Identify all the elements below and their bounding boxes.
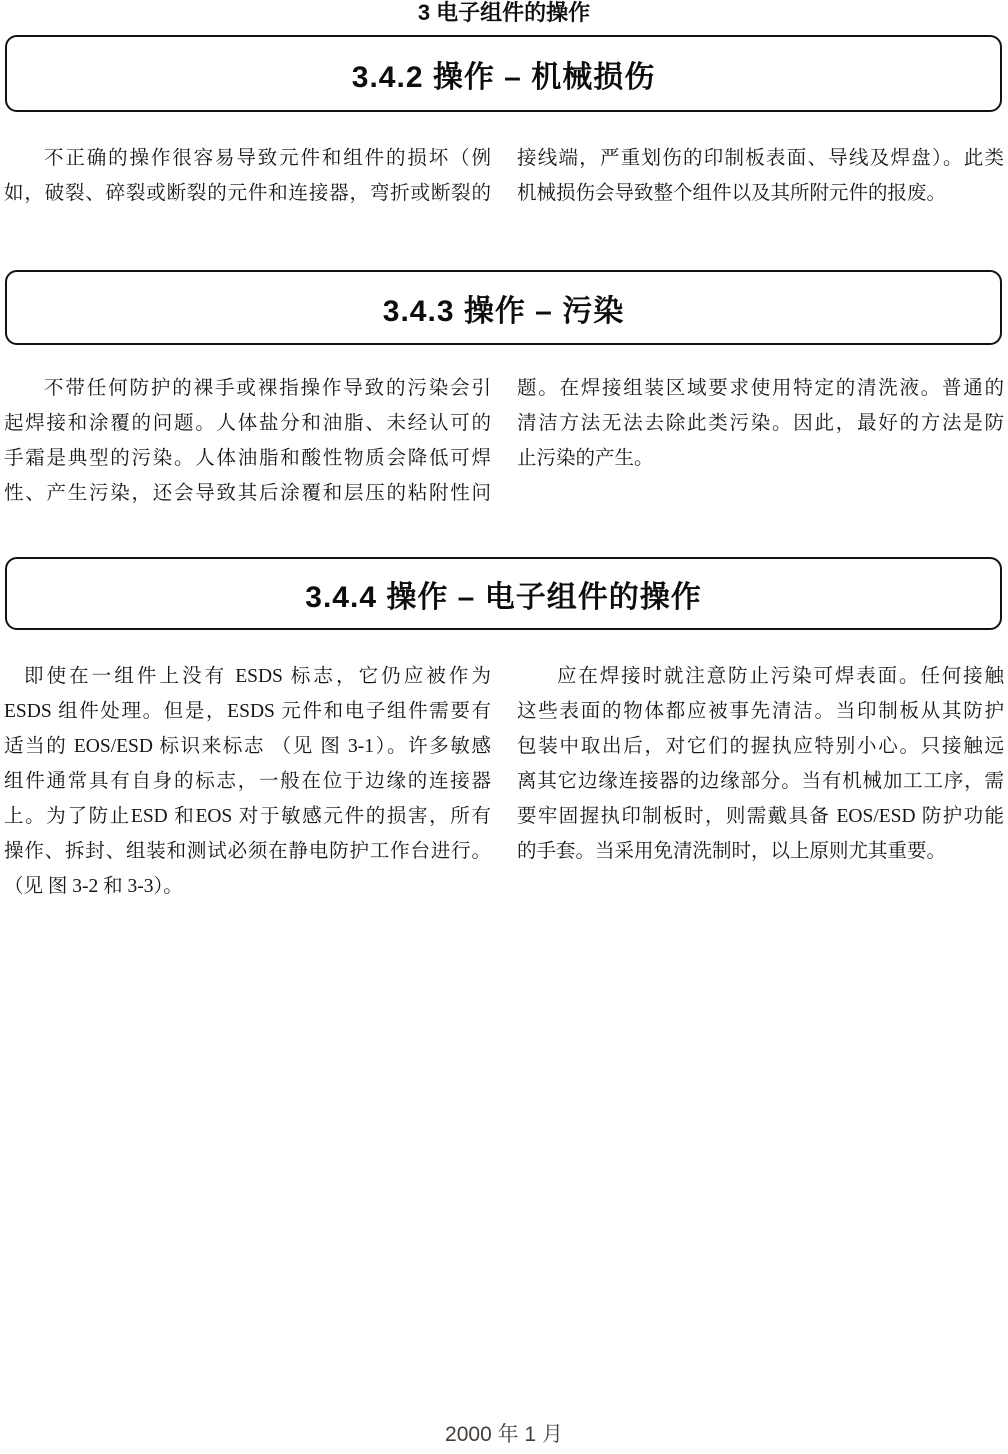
section-title-344: 3.4.4 操作 – 电子组件的操作 [305, 572, 701, 616]
body-column-right: 题。在焊接组装区域要求使用特定的清洗液。普通的 清洁方法无法去除此类污染。因此，… [517, 371, 1004, 511]
text-line: 离其它边缘连接器的边缘部分。当有机械加工工序，需 [517, 764, 1004, 799]
text-line: 起焊接和涂覆的问题。人体盐分和油脂、未经认可的 [4, 406, 491, 441]
section-title-342: 3.4.2 操作 – 机械损伤 [352, 52, 655, 96]
body-column-right: 接线端，严重划伤的印制板表面、导线及焊盘）。此类 机械损伤会导致整个组件以及其所… [517, 141, 1004, 211]
body-column-left: 不带任何防护的裸手或裸指操作导致的污染会引 起焊接和涂覆的问题。人体盐分和油脂、… [4, 371, 491, 511]
section-heading-box-343: 3.4.3 操作 – 污染 [5, 270, 1002, 345]
text-line: 这些表面的物体都应被事先清洁。当印制板从其防护 [517, 694, 1004, 729]
section-title-343: 3.4.3 操作 – 污染 [383, 286, 624, 330]
text-line: 包装中取出后，对它们的握执应特别小心。只接触远 [517, 729, 1004, 764]
section-heading-box-342: 3.4.2 操作 – 机械损伤 [5, 35, 1002, 112]
section-body-343: 不带任何防护的裸手或裸指操作导致的污染会引 起焊接和涂覆的问题。人体盐分和油脂、… [4, 371, 1004, 511]
text-line: ESDS 组件处理。但是，ESDS 元件和电子组件需要有 [4, 694, 491, 729]
section-heading-box-344: 3.4.4 操作 – 电子组件的操作 [5, 557, 1002, 630]
text-line: 应在焊接时就注意防止污染可焊表面。任何接触 [517, 659, 1004, 694]
text-line: 接线端，严重划伤的印制板表面、导线及焊盘）。此类 [517, 141, 1004, 176]
body-column-right: 应在焊接时就注意防止污染可焊表面。任何接触 这些表面的物体都应被事先清洁。当印制… [517, 659, 1004, 904]
text-line: 机械损伤会导致整个组件以及其所附元件的报废。 [517, 176, 1004, 211]
text-line: 适当的 EOS/ESD 标识来标志 （见 图 3-1）。许多敏感 [4, 729, 491, 764]
text-line: 止污染的产生。 [517, 441, 1004, 476]
text-line: 操作、拆封、组装和测试必须在静电防护工作台进行。 [4, 834, 491, 869]
text-line: 如，破裂、碎裂或断裂的元件和连接器，弯折或断裂的 [4, 176, 491, 211]
page-footer-date: 2000 年 1 月 [0, 1423, 1008, 1447]
text-line: 性、产生污染，还会导致其后涂覆和层压的粘附性问 [4, 476, 491, 511]
text-line: 清洁方法无法去除此类污染。因此，最好的方法是防 [517, 406, 1004, 441]
body-column-left: 即使在一组件上没有 ESDS 标志，它仍应被作为 ESDS 组件处理。但是，ES… [4, 659, 491, 904]
text-line: 要牢固握执印制板时，则需戴具备 EOS/ESD 防护功能 [517, 799, 1004, 834]
body-column-left: 不正确的操作很容易导致元件和组件的损坏（例 如，破裂、碎裂或断裂的元件和连接器，… [4, 141, 491, 211]
text-line: 的手套。当采用免清洗制时，以上原则尤其重要。 [517, 834, 1004, 869]
text-line: 不正确的操作很容易导致元件和组件的损坏（例 [4, 141, 491, 176]
page-header: 3 电子组件的操作 [0, 1, 1008, 25]
text-line: 上。为了防止ESD 和EOS 对于敏感元件的损害，所有 [4, 799, 491, 834]
text-line: 手霜是典型的污染。人体油脂和酸性物质会降低可焊 [4, 441, 491, 476]
section-body-342: 不正确的操作很容易导致元件和组件的损坏（例 如，破裂、碎裂或断裂的元件和连接器，… [4, 141, 1004, 211]
text-line: 题。在焊接组装区域要求使用特定的清洗液。普通的 [517, 371, 1004, 406]
text-line: 组件通常具有自身的标志，一般在位于边缘的连接器 [4, 764, 491, 799]
text-line: 不带任何防护的裸手或裸指操作导致的污染会引 [4, 371, 491, 406]
section-body-344: 即使在一组件上没有 ESDS 标志，它仍应被作为 ESDS 组件处理。但是，ES… [4, 659, 1004, 904]
text-line: 即使在一组件上没有 ESDS 标志，它仍应被作为 [4, 659, 491, 694]
text-line: （见 图 3-2 和 3-3）。 [4, 869, 491, 904]
